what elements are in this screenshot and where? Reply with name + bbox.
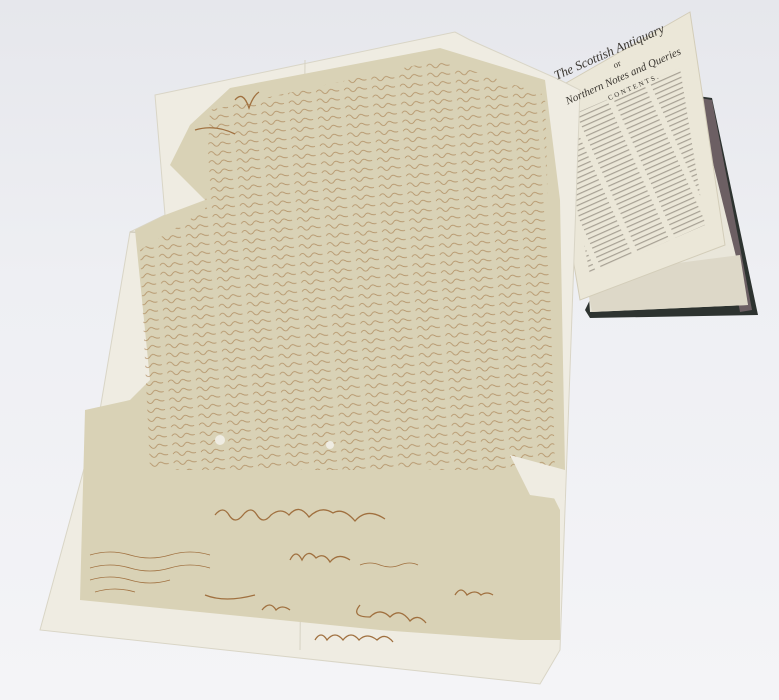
photo-illustration — [0, 0, 779, 700]
facsimile-text-area — [80, 48, 565, 640]
photo-scene: The Scottish Antiquary or Northern Notes… — [0, 0, 779, 700]
